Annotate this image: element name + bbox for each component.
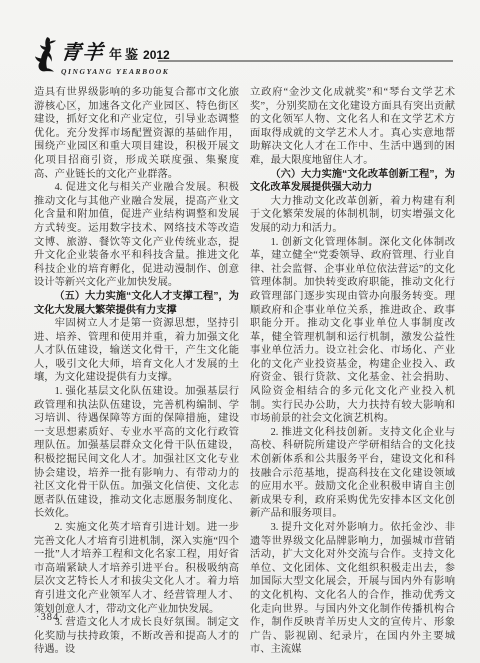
paragraph-continued: 立政府“金沙文化成就奖”和“琴台文学艺术奖”，分别奖励在文化建设方面具有突出贡献… bbox=[250, 86, 455, 168]
logo-title-row: 青羊 年鉴 2012 bbox=[61, 36, 170, 65]
right-column: 立政府“金沙文化成就奖”和“琴台文学艺术奖”，分别奖励在文化建设方面具有突出贡献… bbox=[250, 86, 455, 611]
paragraph: 牢固树立人才是第一资源思想，坚持引进、培养、管理和使用并重，着力加强文化人才队伍… bbox=[34, 317, 239, 385]
section-heading: （六）大力实施“文化改革创新工程”，为文化改革发展提供强大动力 bbox=[250, 168, 455, 195]
logo-title-calligraphy: 青羊 bbox=[59, 36, 106, 65]
paragraph: 4. 促进文化与相关产业融合发展。积极推动文化与其他产业融合发展，提高产业文化含… bbox=[34, 181, 239, 290]
left-column: 造具有世界级影响的多功能复合都市文化旅游核心区，加速各文化产业园区、特色街区建设… bbox=[34, 86, 239, 611]
paragraph: 1. 强化基层文化队伍建设。加强基层行政管理和执法队伍建设，完善机构编制、学习培… bbox=[34, 385, 239, 521]
logo-subtitle-en: QINGYANG YEARBOOK bbox=[61, 67, 170, 76]
paragraph: 2. 推进文化科技创新。支持文化企业与高校、科研院所建设产学研相结合的文化技术创… bbox=[250, 426, 455, 521]
ink-brush-figure-icon bbox=[34, 36, 58, 76]
page-header: 青羊 年鉴 2012 QINGYANG YEARBOOK bbox=[34, 36, 455, 84]
paragraph: 3. 提升文化对外影响力。依托金沙、非遗等世界级文化品牌影响力，加强城市营销活动… bbox=[250, 521, 455, 657]
paragraph: 3. 营造文化人才成长良好氛围。制定文化奖励与扶持政策，不断改善和提高人才的待遇… bbox=[34, 616, 239, 657]
header-rule bbox=[158, 60, 453, 62]
page-number: ·384· bbox=[36, 612, 64, 623]
logo-title-suffix: 年鉴 bbox=[109, 44, 141, 63]
logo-text: 青羊 年鉴 2012 QINGYANG YEARBOOK bbox=[61, 36, 170, 76]
paragraph: 大力推动文化改革创新，着力构建有利于文化繁荣发展的体制机制，切实增强文化发展的动… bbox=[250, 195, 455, 236]
paragraph: 2. 实施文化英才培育引进计划。进一步完善文化人才培育引进机制，深入实施“四个一… bbox=[34, 521, 239, 616]
paragraph-continued: 造具有世界级影响的多功能复合都市文化旅游核心区，加速各文化产业园区、特色街区建设… bbox=[34, 86, 239, 181]
two-column-body: 造具有世界级影响的多功能复合都市文化旅游核心区，加速各文化产业园区、特色街区建设… bbox=[34, 86, 455, 611]
yearbook-scanned-page: 青羊 年鉴 2012 QINGYANG YEARBOOK 造具有世界级影响的多功… bbox=[0, 0, 480, 663]
yearbook-logo: 青羊 年鉴 2012 QINGYANG YEARBOOK bbox=[34, 36, 455, 76]
paragraph: 1. 创新文化管理体制。深化文化体制改革，建立健全“党委领导、政府管理、行业自律… bbox=[250, 236, 455, 426]
section-heading: （五）大力实施“文化人才支撑工程”，为文化大发展大繁荣提供有力支撑 bbox=[34, 290, 239, 317]
